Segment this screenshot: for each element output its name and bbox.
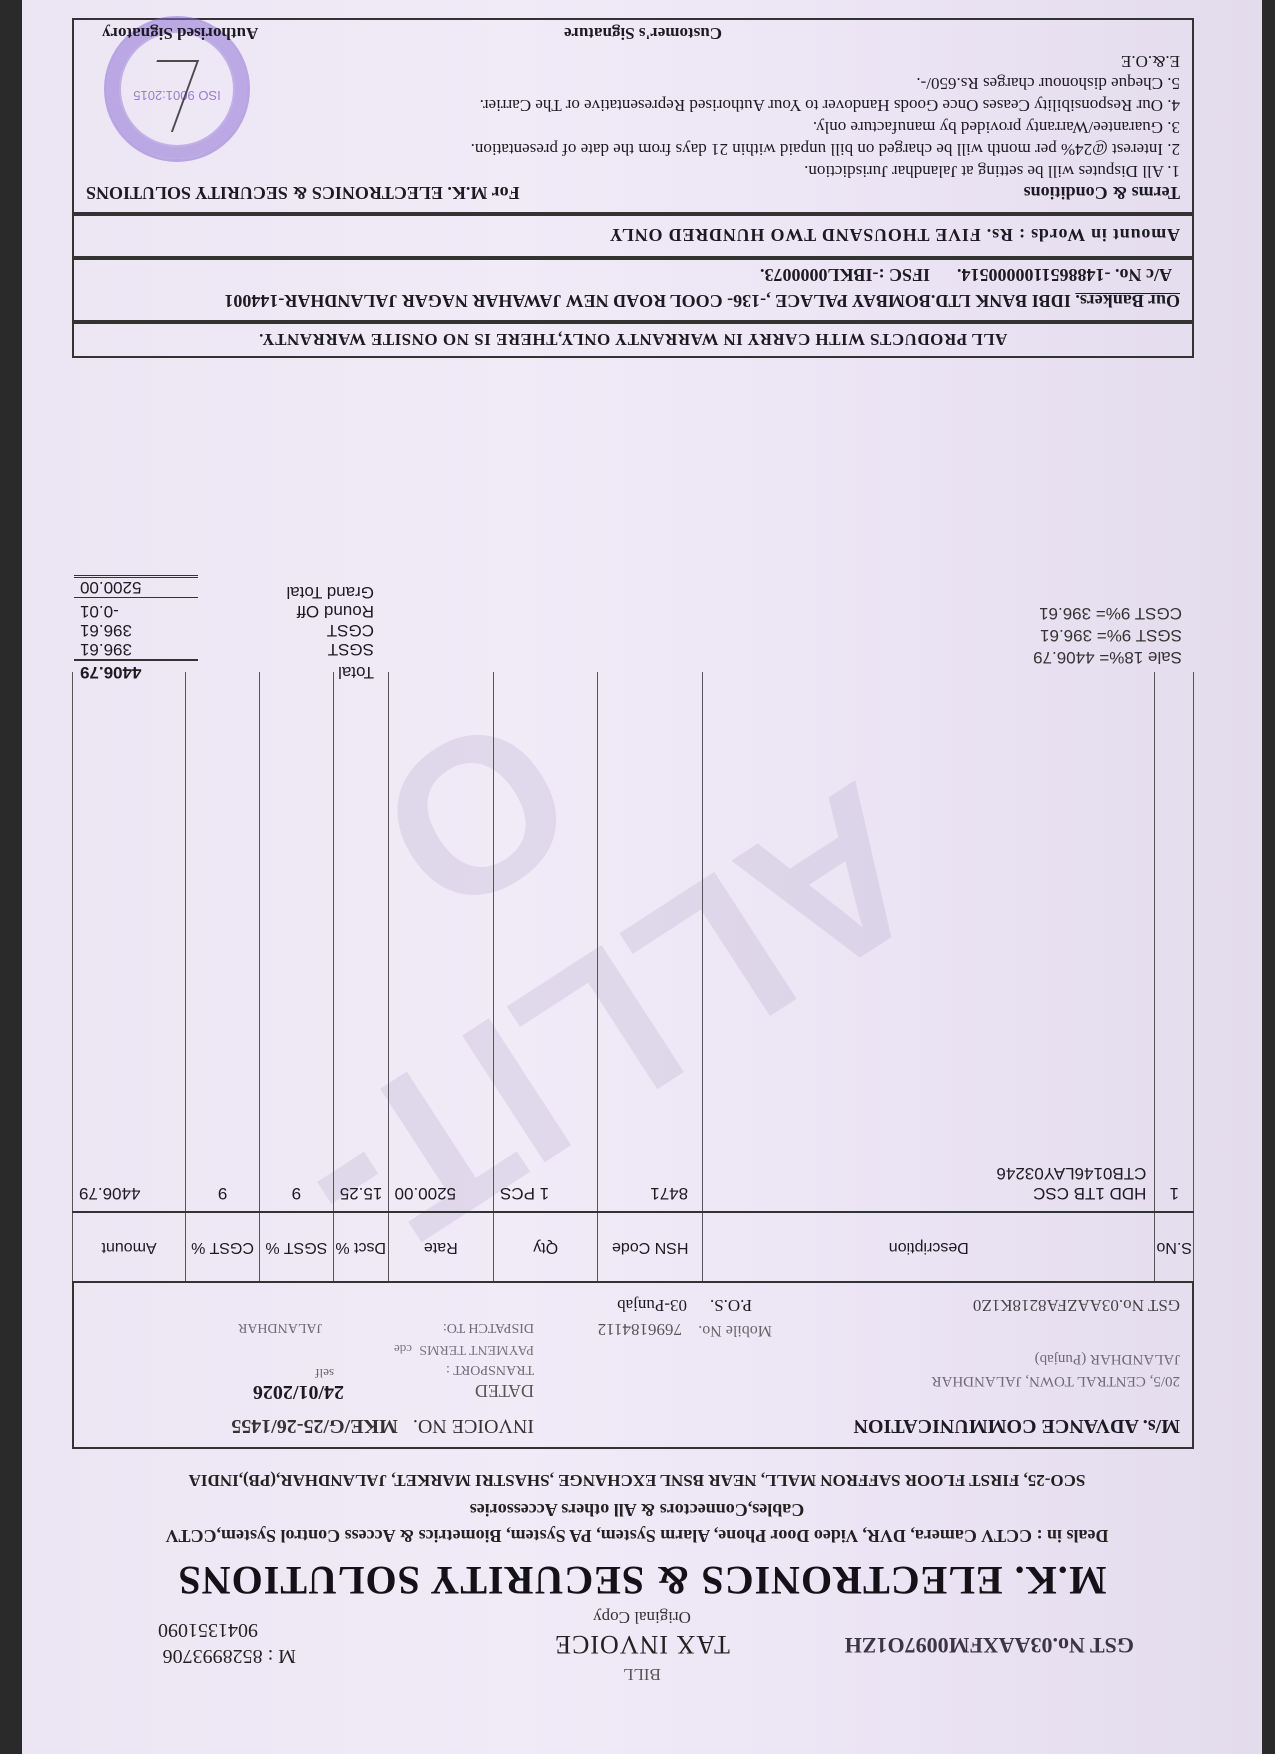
item-description: HDD 1TB CSC	[704, 1183, 1146, 1203]
col-dsct: Dsct %	[333, 1212, 388, 1282]
cell-rate: 5200.00	[388, 672, 493, 1212]
bankers-line: Our Bankers. IDBI BANK LTD.BOMBAY PALACE…	[86, 288, 1180, 314]
term-5: 5. Cheque dishonour charges Rs.650/-.	[86, 72, 1180, 94]
mobile-1: M : 8528993706	[158, 1643, 296, 1669]
cell-sno: 1	[1155, 672, 1194, 1212]
total-row: Total4406.79	[74, 659, 374, 682]
eoe: E.&.O.E	[86, 50, 1180, 72]
customer-name: M/s. ADVANCE COMMUNICATION	[854, 1414, 1180, 1437]
table-row: 1 HDD 1TB CSC CTB0146LAY03246 8471 1 PCS…	[73, 672, 1194, 1212]
customer-address-1: 20/5, CENTRAL TOWN, JALANDHAR	[932, 1372, 1180, 1389]
tax-sale: Sale 18%= 4406.79	[1033, 646, 1182, 668]
items-table: S.No Description HSN Code Qty Rate Dsct …	[72, 672, 1194, 1283]
item-serial: CTB0146LAY03246	[704, 1163, 1146, 1183]
warranty-note: ALL PRODUCTS WITH CARRY IN WARRANTY ONLY…	[72, 322, 1194, 358]
payment-terms-value: cde	[394, 1341, 412, 1357]
authorised-signatory-label: Authorised Signatory	[102, 22, 258, 44]
place-of-supply: 03-Punjab	[617, 1295, 687, 1315]
total-label: Total	[338, 659, 374, 682]
items-header-row: S.No Description HSN Code Qty Rate Dsct …	[73, 1212, 1194, 1282]
customer-address-2: JALANDHAR (Punjab)	[1035, 1350, 1180, 1367]
col-sno: S.No	[1155, 1212, 1194, 1282]
account-line: A/c No. -1488651100000514. IFSC :-IBKL00…	[86, 262, 1180, 288]
seller-address: SCO-25, FIRST FLOOR SAFFRON MALL, NEAR B…	[72, 1470, 1202, 1490]
cgst-label: CGST	[327, 621, 374, 640]
cgst-value: 396.61	[74, 621, 198, 640]
cgst-row: CGST396.61	[74, 621, 374, 640]
pos-label: P.O.S.	[710, 1295, 752, 1315]
party-details: M/s. ADVANCE COMMUNICATION 20/5, CENTRAL…	[72, 1283, 1194, 1449]
col-description: Description	[703, 1212, 1155, 1282]
col-hsn: HSN Code	[598, 1212, 703, 1282]
grand-total-label: Grand Total	[286, 575, 374, 602]
dispatch-label: DISPATCH TO:	[443, 1319, 534, 1335]
account-number: A/c No. -1488651100000514.	[957, 265, 1172, 285]
mobile-2: 9041351090	[158, 1617, 296, 1643]
cell-hsn: 8471	[598, 672, 703, 1212]
cell-amount: 4406.79	[73, 672, 186, 1212]
transport-value: self	[315, 1365, 334, 1381]
total-value: 4406.79	[74, 659, 198, 682]
customer-mobile: 7696184112	[598, 1319, 682, 1339]
col-qty: Qty	[494, 1212, 598, 1282]
col-cgst: CGST %	[186, 1212, 260, 1282]
round-off-row: Round Off-0.01	[74, 602, 374, 621]
grand-total-value: 5200.00	[74, 575, 198, 598]
invoice-number: MKE/G/25-26/1455	[231, 1415, 408, 1437]
tax-breakup: Sale 18%= 4406.79 SGST 9%= 396.61 CGST 9…	[1033, 602, 1182, 668]
cell-sgst: 9	[259, 672, 333, 1212]
bankers-label: Our Bankers.	[1075, 291, 1180, 311]
sgst-value: 396.61	[74, 640, 198, 659]
bankers-address: IDBI BANK LTD.BOMBAY PALACE ,-136- COOL …	[224, 291, 1070, 311]
deals-line-2: Cables,Connectors & All others Accessori…	[72, 1497, 1202, 1523]
term-1: 1. All Disputes will be setting at Jalan…	[86, 160, 1180, 182]
term-3: 3. Guarantee/Warranty provided by manufa…	[86, 116, 1180, 138]
invoice-sheet-rotated: ALLIT-O GST No.03AAXFM0097O1ZH BILL TAX …	[22, 0, 1262, 1754]
invoice-number-label: INVOICE NO.	[413, 1415, 534, 1437]
col-rate: Rate	[388, 1212, 493, 1282]
sgst-row: SGST396.61	[74, 640, 374, 659]
customer-gst-number: GST No.03AAZFA8218K1Z0	[973, 1295, 1180, 1315]
transport-label: TRANSPORT :	[446, 1361, 534, 1377]
payment-terms-label: PAYMENT TERMS	[419, 1341, 534, 1357]
bank-details: Our Bankers. IDBI BANK LTD.BOMBAY PALACE…	[72, 258, 1194, 322]
tax-cgst: CGST 9%= 396.61	[1033, 602, 1182, 624]
customer-signature-label: Customer's Signature	[564, 22, 722, 44]
company-name: M.K. ELECTRONICS & SECURITY SOLUTIONS	[22, 1557, 1262, 1604]
amount-in-words: Amount in Words : Rs. FIVE THOUSAND TWO …	[72, 214, 1194, 258]
tax-sgst: SGST 9%= 396.61	[1033, 624, 1182, 646]
term-2: 2. Interest @24% per month will be charg…	[86, 138, 1180, 160]
dispatch-to: JALANDHAR	[238, 1319, 322, 1335]
summary-area: Sale 18%= 4406.79 SGST 9%= 396.61 CGST 9…	[72, 432, 1194, 682]
cell-dsct: 15.25	[333, 672, 388, 1212]
customer-mobile-label: Mobile No.	[698, 1321, 772, 1339]
round-off-value: -0.01	[74, 602, 198, 621]
terms-section: Terms & Conditions 1. All Disputes will …	[72, 18, 1194, 214]
invoice-date: 24/01/2026	[253, 1380, 344, 1403]
sgst-label: SGST	[328, 640, 374, 659]
ifsc-code: IFSC :-IBKL0000073.	[760, 265, 930, 285]
col-sgst: SGST %	[259, 1212, 333, 1282]
term-4: 4. Our Responsibility Ceases Once Goods …	[86, 94, 1180, 116]
totals-block: Total4406.79 SGST396.61 CGST396.61 Round…	[74, 575, 374, 682]
round-off-label: Round Off	[297, 602, 374, 621]
grand-total-row: Grand Total5200.00	[74, 575, 374, 602]
cell-cgst: 9	[186, 672, 260, 1212]
cell-description: HDD 1TB CSC CTB0146LAY03246	[703, 672, 1155, 1212]
col-amount: Amount	[73, 1212, 186, 1282]
deals-line-1: Deals in : CCTV Camera, DVR, Video Door …	[72, 1523, 1202, 1549]
invoice-number-row: INVOICE NO. MKE/G/25-26/1455	[231, 1414, 534, 1437]
cell-qty: 1 PCS	[494, 672, 598, 1212]
for-company: For M.K. ELECTRONICS & SECURITY SOLUTION…	[86, 182, 520, 204]
seller-mobile: M : 8528993706 9041351090	[158, 1617, 296, 1669]
dated-label: DATED	[475, 1380, 534, 1401]
deals-in: Deals in : CCTV Camera, DVR, Video Door …	[72, 1497, 1202, 1549]
